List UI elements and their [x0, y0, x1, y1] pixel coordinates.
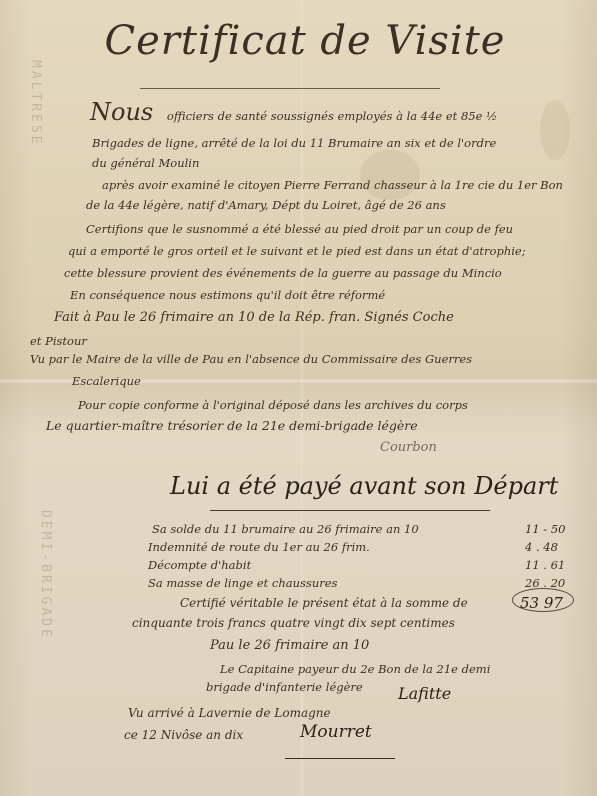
- opening-word: Nous: [90, 98, 153, 126]
- body-line-13: Escalerique: [72, 374, 141, 388]
- body-line-11: et Pistour: [30, 334, 87, 348]
- paper-stain: [540, 100, 570, 160]
- certification-line-1: Certifié véritable le présent état à la …: [180, 596, 468, 610]
- document-title: Certificat de Visite: [95, 18, 515, 64]
- body-text: officiers de santé soussignés employés à…: [167, 109, 497, 123]
- watermark-bottom: DEMI-BRIGADE: [38, 510, 53, 640]
- arrival-line-2: ce 12 Nivôse an dix: [124, 728, 243, 742]
- body-line-7: qui a emporté le gros orteil et le suiva…: [68, 244, 526, 258]
- certification-line-3: Pau le 26 frimaire an 10: [210, 638, 369, 653]
- body-line-3: du général Moulin: [92, 156, 199, 170]
- payment-item-4-label: Sa masse de linge et chaussures: [148, 576, 337, 590]
- document-page: MALTRESE DEMI-BRIGADE Certificat de Visi…: [0, 0, 597, 796]
- payment-item-2-label: Indemnité de route du 1er au 26 frim.: [148, 540, 370, 554]
- payment-total: 53 97: [520, 594, 563, 612]
- body-line-15: Le quartier-maître trésorier de la 21e d…: [46, 418, 418, 433]
- payment-item-3-label: Décompte d'habit: [148, 558, 251, 572]
- paper-stain: [360, 150, 420, 200]
- arrival-line-1: Vu arrivé à Lavernie de Lomagne: [128, 706, 331, 720]
- body-line-6: Certifions que le susnommé a été blessé …: [86, 222, 513, 236]
- body-line-5: de la 44e légère, natif d'Amary, Dépt du…: [86, 198, 446, 212]
- body-line-2: Brigades de ligne, arrêté de la loi du 1…: [92, 136, 496, 150]
- body-line-4: après avoir examiné le citoyen Pierre Fe…: [102, 178, 563, 192]
- watermark-top: MALTRESE: [28, 60, 43, 147]
- payment-item-1-label: Sa solde du 11 brumaire au 26 frimaire a…: [152, 522, 419, 536]
- payment-item-2-amount: 4 . 48: [525, 540, 558, 554]
- payment-item-1-amount: 11 - 50: [525, 522, 565, 536]
- body-line-12: Vu par le Maire de la ville de Pau en l'…: [30, 352, 472, 366]
- payment-heading-underline: [210, 510, 490, 511]
- body-line-10: Fait à Pau le 26 frimaire an 10 de la Ré…: [54, 310, 454, 325]
- body-line-14: Pour copie conforme à l'original déposé …: [78, 398, 468, 412]
- title-underline: [140, 88, 440, 89]
- payment-item-3-amount: 11 . 61: [525, 558, 565, 572]
- signature-courbon: Courbon: [380, 440, 437, 455]
- body-line-8: cette blessure provient des événements d…: [64, 266, 502, 280]
- signature-flourish: [285, 758, 395, 759]
- certification-line-2: cinquante trois francs quatre vingt dix …: [132, 616, 455, 630]
- certification-line-5: brigade d'infanterie légère: [206, 680, 363, 694]
- signature-lafitte: Lafitte: [398, 684, 451, 703]
- payment-heading: Lui a été payé avant son Départ: [170, 472, 558, 500]
- certification-line-4: Le Capitaine payeur du 2e Bon de la 21e …: [220, 662, 490, 676]
- signature-mourret: Mourret: [300, 722, 372, 742]
- body-line-1: Nous officiers de santé soussignés emplo…: [90, 98, 497, 126]
- body-line-9: En conséquence nous estimons qu'il doit …: [70, 288, 385, 302]
